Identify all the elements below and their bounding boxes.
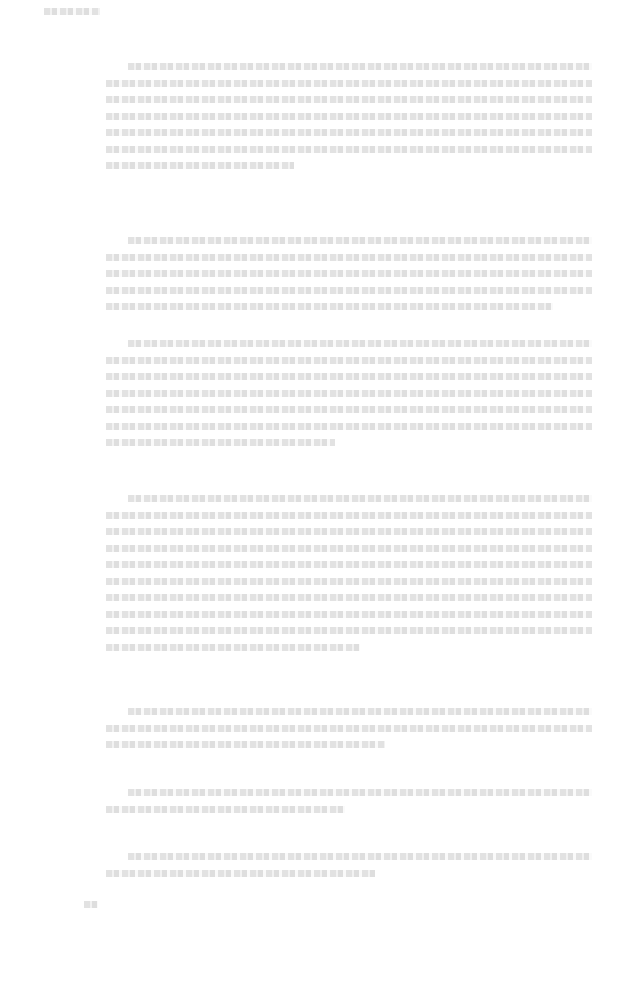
text-line [84,58,592,75]
paragraph: [illegible — faded scan, 2 lines] [84,784,592,817]
paragraph: [illegible — faded scan, 2 lines] [84,848,592,881]
text-line [84,720,592,737]
text-line [84,573,592,590]
text-line [84,507,592,524]
page-footer-mark: [illegible] [84,896,98,910]
text-line [84,265,592,282]
text-line [84,434,592,451]
text-line [84,232,592,249]
text-line [84,540,592,557]
text-line [84,801,592,818]
text-line [84,298,592,315]
paragraph: [illegible — faded scan, 7 lines] [84,335,592,451]
text-line [84,556,592,573]
text-line [84,401,592,418]
text-line [84,418,592,435]
text-line [84,848,592,865]
paragraph: [illegible — faded scan, 3 lines] [84,703,592,753]
text-line [84,490,592,507]
paragraph: [illegible — faded scan, 5 lines] [84,232,592,315]
text-line [84,352,592,369]
text-line [84,124,592,141]
footer-text-smudge [84,901,98,908]
text-line [84,639,592,656]
text-line [84,589,592,606]
text-line [84,622,592,639]
text-line [84,75,592,92]
paragraph: [illegible — faded scan, 7 lines] [84,58,592,174]
text-line [84,108,592,125]
header-text-smudge [44,8,100,15]
text-line [84,523,592,540]
text-line [84,368,592,385]
text-line [84,335,592,352]
text-line [84,282,592,299]
paragraph: [illegible — faded scan, 10 lines] [84,490,592,655]
text-line [84,385,592,402]
running-header: [illegible] [44,3,100,17]
text-line [84,865,592,882]
text-line [84,606,592,623]
text-line [84,141,592,158]
text-line [84,736,592,753]
text-line [84,784,592,801]
text-line [84,703,592,720]
text-line [84,249,592,266]
text-line [84,91,592,108]
text-line [84,157,592,174]
